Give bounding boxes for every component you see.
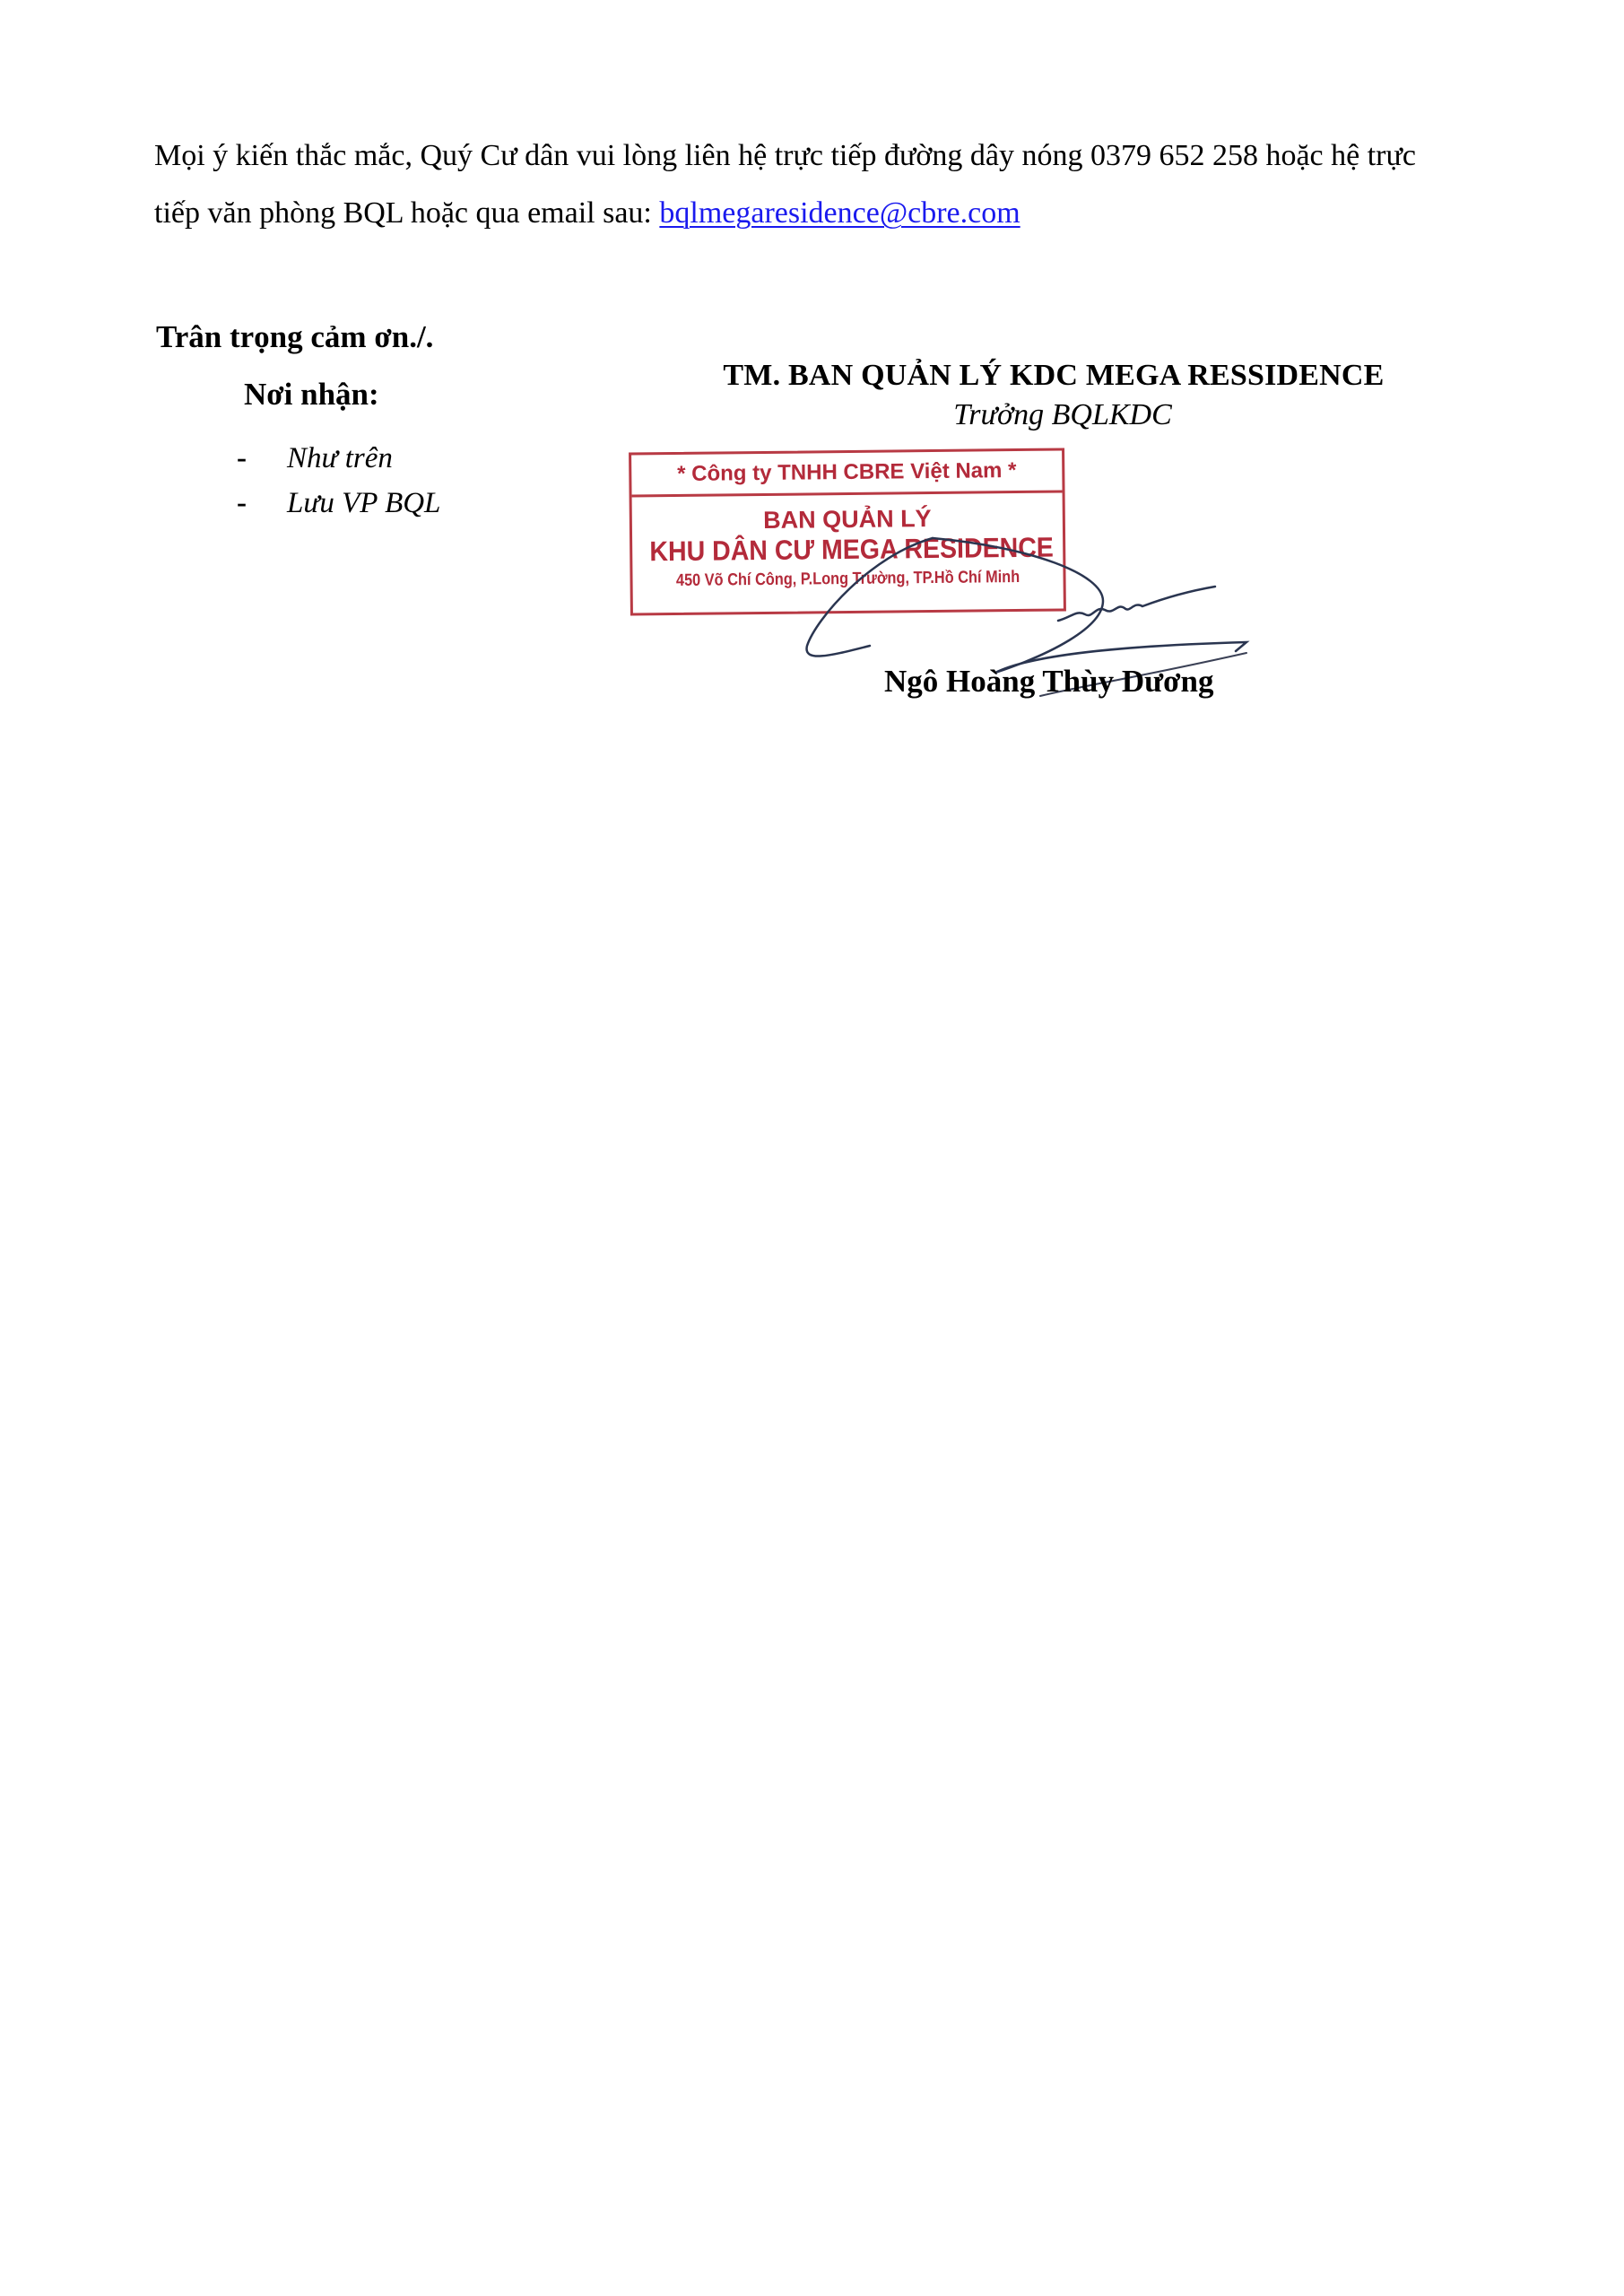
signature-role: Trưởng BQLKDC xyxy=(717,398,1408,432)
recipients-list: - Như trên - Lưu VP BQL xyxy=(237,436,440,526)
signer-name: Ngô Hoàng Thùy Dương xyxy=(884,664,1213,700)
recipients-title: Nơi nhận: xyxy=(244,377,379,413)
recipient-label: Lưu VP BQL xyxy=(287,481,440,526)
email-link[interactable]: bqlmegaresidence@cbre.com xyxy=(659,196,1020,230)
contact-line-1: Mọi ý kiến thắc mắc, Quý Cư dân vui lòng… xyxy=(154,127,1517,185)
recipient-item: - Như trên xyxy=(237,436,440,481)
signature-block: TM. BAN QUẢN LÝ KDC MEGA RESSIDENCE Trưở… xyxy=(699,359,1408,432)
recipient-label: Như trên xyxy=(287,436,393,481)
stamp-company: * Công ty TNHH CBRE Việt Nam * xyxy=(631,450,1062,497)
bullet-dash: - xyxy=(237,481,287,526)
bullet-dash: - xyxy=(237,436,287,481)
contact-line-2: tiếp văn phòng BQL hoặc qua email sau: b… xyxy=(154,185,1517,242)
signature-organization: TM. BAN QUẢN LÝ KDC MEGA RESSIDENCE xyxy=(699,359,1408,393)
contact-paragraph: Mọi ý kiến thắc mắc, Quý Cư dân vui lòng… xyxy=(154,127,1517,242)
contact-line-2-text: tiếp văn phòng BQL hoặc qua email sau: xyxy=(154,196,659,230)
closing-thanks: Trân trọng cảm ơn./. xyxy=(156,319,433,355)
recipient-item: - Lưu VP BQL xyxy=(237,481,440,526)
